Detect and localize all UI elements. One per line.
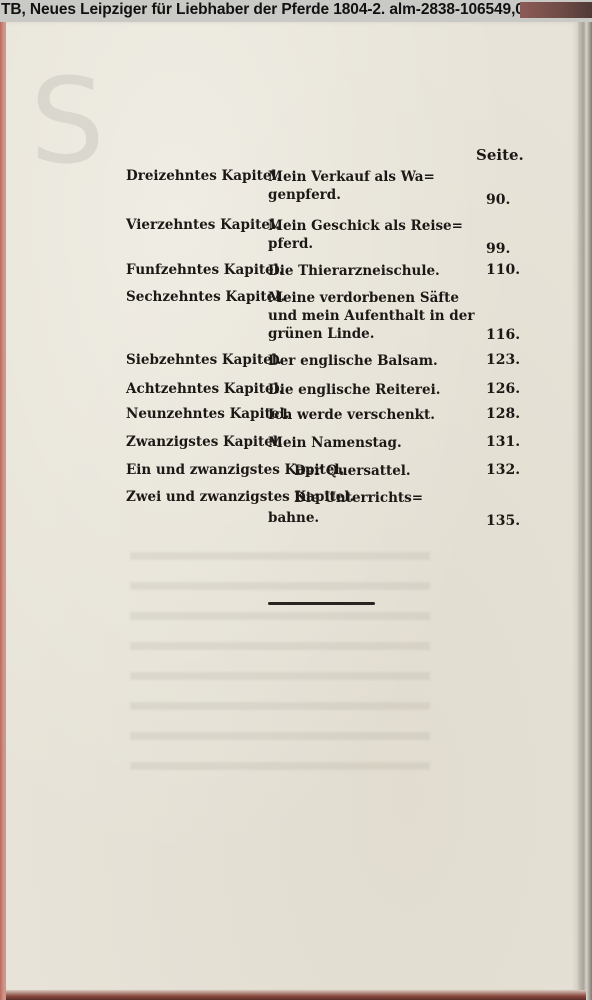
chapter-label: Vierzehntes Kapitel. <box>126 217 280 233</box>
title-line: Mein Verkauf als Wa= <box>268 169 435 185</box>
page-number: 126. <box>486 381 520 397</box>
chapter-title: Mein Geschick als Reise= pferd. <box>268 217 482 253</box>
chapter-label: Zwanzigstes Kapitel. <box>126 434 283 450</box>
chapter-title: Die Unterrichts= <box>294 489 508 507</box>
chapter-label: Dreizehntes Kapitel. <box>126 168 281 184</box>
chapter-title: Die Thierarzneischule. <box>268 262 482 280</box>
title-line: und mein Aufenthalt in der <box>268 307 482 325</box>
chapter-title: Mein Namenstag. <box>268 434 482 452</box>
title-line: Die Unterrichts= <box>294 490 423 506</box>
chapter-label: Sechzehntes Kapitel. <box>126 289 285 305</box>
chapter-title: Der Quersattel. <box>294 462 508 480</box>
chapter-label: Siebzehntes Kapitel. <box>126 352 282 368</box>
title-line: Mein Geschick als Reise= <box>268 218 463 234</box>
page-number: 135. <box>486 513 520 529</box>
page-number: 123. <box>486 352 520 368</box>
chapter-title: Ich werde verschenkt. <box>268 406 482 424</box>
page-number: 132. <box>486 462 520 478</box>
caption-scan-edge <box>520 2 592 18</box>
page-number: 99. <box>486 241 510 257</box>
chapter-title: Mein Verkauf als Wa= genpferd. <box>268 168 482 204</box>
caption-text: TB, Neues Leipziger für Liebhaber der Pf… <box>1 1 532 19</box>
chapter-title-continuation: bahne. <box>268 509 482 527</box>
chapter-label: Neunzehntes Kapitel. <box>126 406 289 422</box>
page-number: 128. <box>486 406 520 422</box>
chapter-title: Die englische Reiterei. <box>268 381 482 399</box>
chapter-title: Meine verdorbenen Säfte und mein Aufenth… <box>268 289 482 343</box>
title-line: pferd. <box>268 235 482 253</box>
page-column-header: Seite. <box>476 146 524 164</box>
page-number: 110. <box>486 262 520 278</box>
page-number: 116. <box>486 327 520 343</box>
chapter-label: Funfzehntes Kapitel. <box>126 262 284 278</box>
title-line: grünen Linde. <box>268 325 482 343</box>
title-line: Meine verdorbenen Säfte <box>268 290 459 306</box>
title-line: genpferd. <box>268 186 482 204</box>
chapter-label: Achtzehntes Kapitel. <box>126 381 283 397</box>
closing-rule <box>268 602 375 605</box>
page-number: 131. <box>486 434 520 450</box>
caption-bar: TB, Neues Leipziger für Liebhaber der Pf… <box>0 0 592 22</box>
page-number: 90. <box>486 192 510 208</box>
table-of-contents: Seite. Dreizehntes Kapitel. Mein Verkauf… <box>0 0 592 1000</box>
chapter-title: Der englische Balsam. <box>268 352 482 370</box>
